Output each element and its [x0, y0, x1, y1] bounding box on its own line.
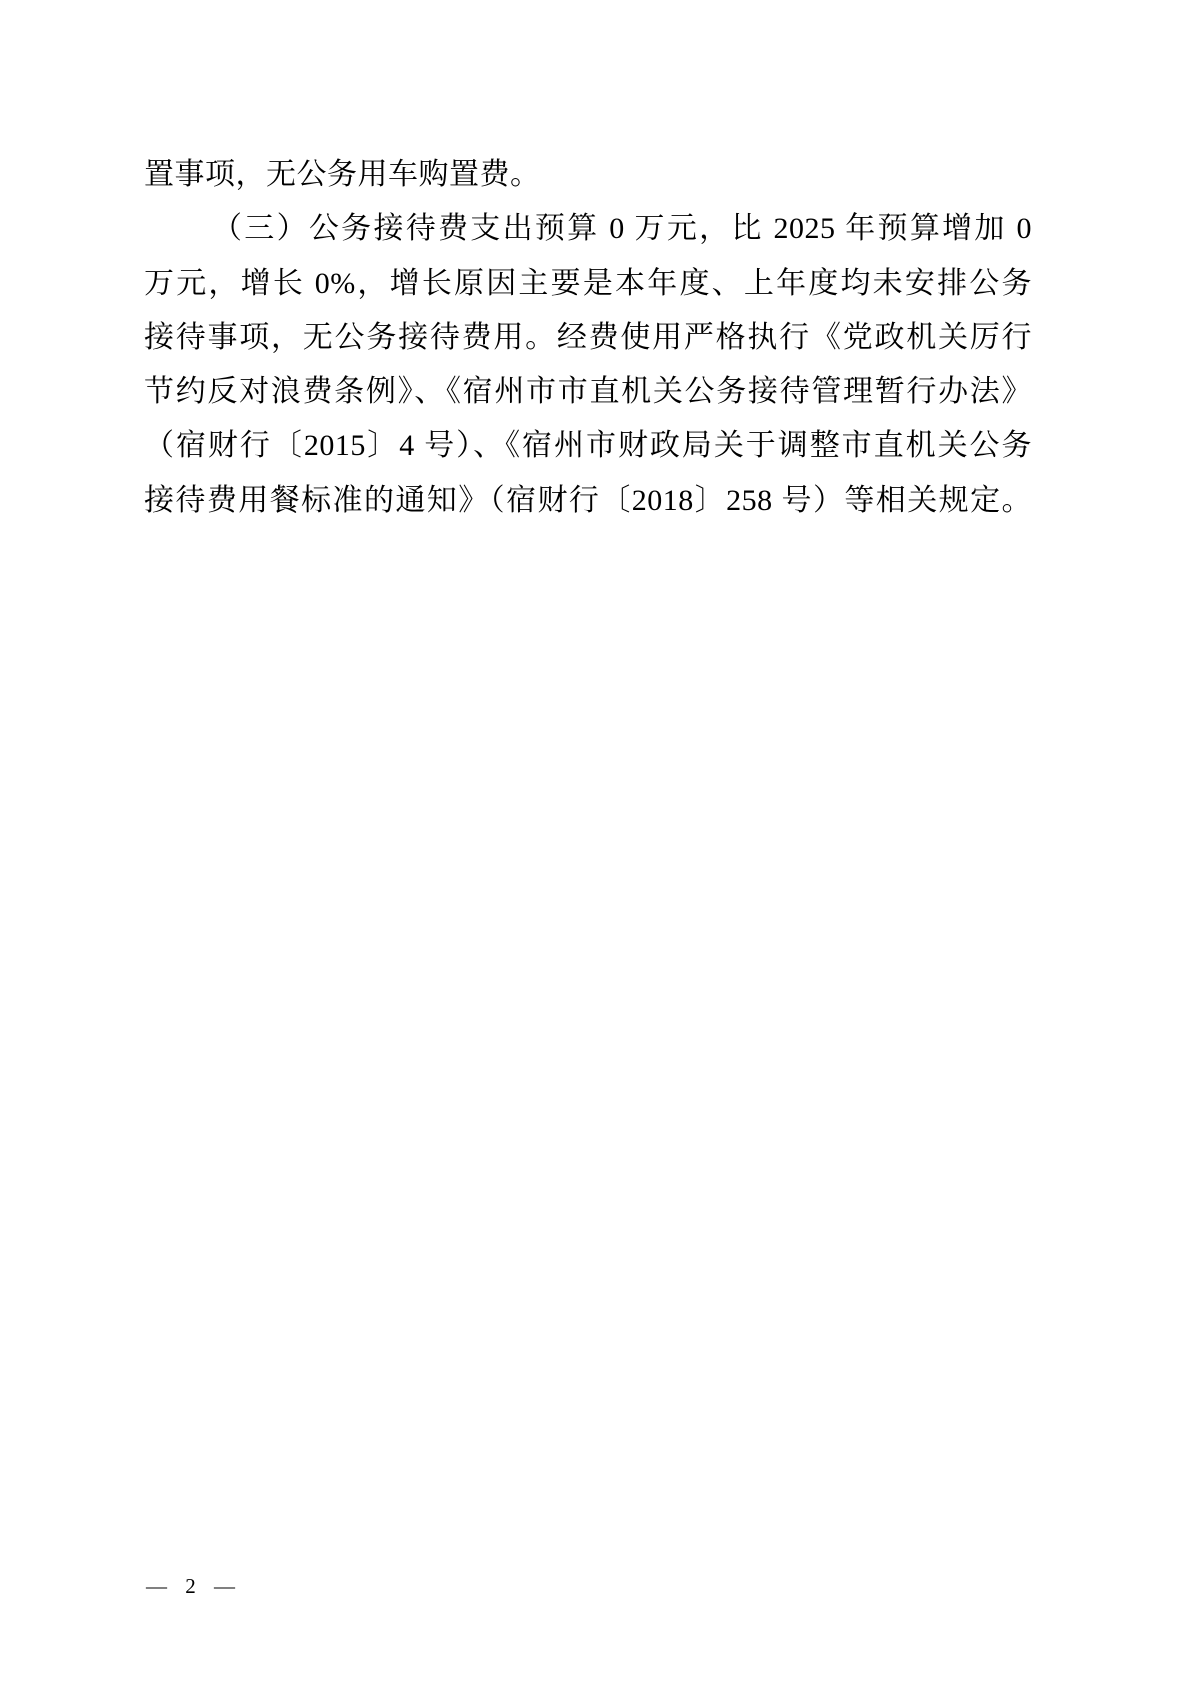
document-page: 置事项，无公务用车购置费。 （三）公务接待费支出预算 0 万元，比 2025 年… [0, 0, 1190, 1683]
body-line: （三）公务接待费支出预算 0 万元，比 2025 年预算增加 0 [144, 202, 1032, 256]
body-line: （宿财行〔2015〕4 号）、《宿州市财政局关于调整市直机关公务 [144, 419, 1032, 473]
body-line: 接待事项，无公务接待费用。经费使用严格执行《党政机关厉行 [144, 311, 1032, 365]
page-number: — 2 — [146, 1574, 237, 1599]
body-text: 置事项，无公务用车购置费。 （三）公务接待费支出预算 0 万元，比 2025 年… [144, 148, 1032, 528]
body-line: 节约反对浪费条例》、《宿州市市直机关公务接待管理暂行办法》 [144, 365, 1032, 419]
body-line: 万元，增长 0%，增长原因主要是本年度、上年度均未安排公务 [144, 257, 1032, 311]
body-line: 接待费用餐标准的通知》（宿财行〔2018〕258 号）等相关规定。 [144, 474, 1032, 528]
body-line: 置事项，无公务用车购置费。 [144, 148, 1032, 202]
